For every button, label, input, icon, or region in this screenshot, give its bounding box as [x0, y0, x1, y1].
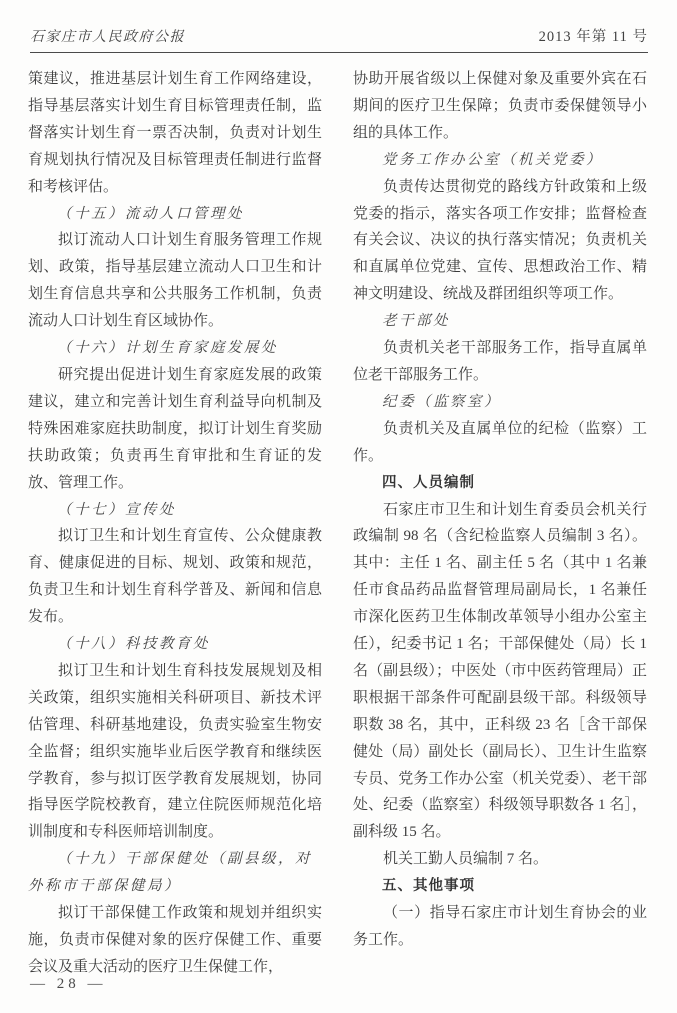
paragraph-major-heading: 五、其他事项	[353, 873, 647, 900]
paragraph-section-heading: （十八）科技教育处	[28, 631, 322, 658]
paragraph-section-heading: 老干部处	[353, 308, 647, 335]
paragraph-body: 研究提出促进计划生育家庭发展的政策建议，建立和完善计划生育利益导向机制及特殊困难…	[28, 362, 322, 497]
gazette-title: 石家庄市人民政府公报	[30, 26, 185, 46]
paragraph-body: 拟订卫生和计划生育宣传、公众健康教育、健康促进的目标、规划、政策和规范，负责卫生…	[28, 523, 322, 631]
issue-number: 2013 年第 11 号	[539, 25, 648, 46]
page-number: — 28 —	[30, 976, 107, 993]
paragraph-body: 拟订卫生和计划生育科技发展规划及相关政策，组织实施相关科研项目、新技术评估管理、…	[28, 658, 322, 846]
paragraph-body: 负责传达贯彻党的路线方针政策和上级党委的指示，落实各项工作安排；监督检查有关会议…	[353, 174, 647, 309]
paragraph-section-heading: 党务工作办公室（机关党委）	[353, 147, 647, 174]
paragraph-body: 拟订干部保健工作政策和规划并组织实施，负责市保健对象的医疗保健工作、重要会议及重…	[28, 900, 322, 981]
paragraph-body: 拟订流动人口计划生育服务管理工作规划、政策，指导基层建立流动人口卫生和计划生育信…	[28, 227, 322, 335]
paragraph-body: 负责机关及直属单位的纪检（监察）工作。	[353, 416, 647, 470]
paragraph-body: 负责机关老干部服务工作，指导直属单位老干部服务工作。	[353, 335, 647, 389]
gazette-page: 石家庄市人民政府公报 2013 年第 11 号 策建议，推进基层计划生育工作网络…	[0, 0, 677, 1013]
page-header: 石家庄市人民政府公报 2013 年第 11 号	[30, 0, 648, 53]
text-columns: 策建议，推进基层计划生育工作网络建设，指导基层落实计划生育目标管理责任制，监督落…	[28, 66, 648, 981]
paragraph-continuation: 策建议，推进基层计划生育工作网络建设，指导基层落实计划生育目标管理责任制，监督落…	[28, 66, 322, 201]
left-column: 策建议，推进基层计划生育工作网络建设，指导基层落实计划生育目标管理责任制，监督落…	[28, 66, 322, 981]
paragraph-body: 机关工勤人员编制 7 名。	[353, 846, 647, 873]
paragraph-body: （一）指导石家庄市计划生育协会的业务工作。	[353, 900, 647, 954]
paragraph-section-heading: （十九）干部保健处（副县级，对外称市干部保健局）	[28, 846, 322, 900]
paragraph-section-heading: （十七）宣传处	[28, 497, 322, 524]
right-column: 协助开展省级以上保健对象及重要外宾在石期间的医疗卫生保障；负责市委保健领导小组的…	[353, 66, 647, 981]
paragraph-major-heading: 四、人员编制	[353, 470, 647, 497]
paragraph-section-heading: 纪委（监察室）	[353, 389, 647, 416]
paragraph-continuation: 协助开展省级以上保健对象及重要外宾在石期间的医疗卫生保障；负责市委保健领导小组的…	[353, 66, 647, 147]
paragraph-section-heading: （十五）流动人口管理处	[28, 201, 322, 228]
paragraph-body: 石家庄市卫生和计划生育委员会机关行政编制 98 名（含纪检监察人员编制 3 名）…	[353, 497, 647, 847]
paragraph-section-heading: （十六）计划生育家庭发展处	[28, 335, 322, 362]
